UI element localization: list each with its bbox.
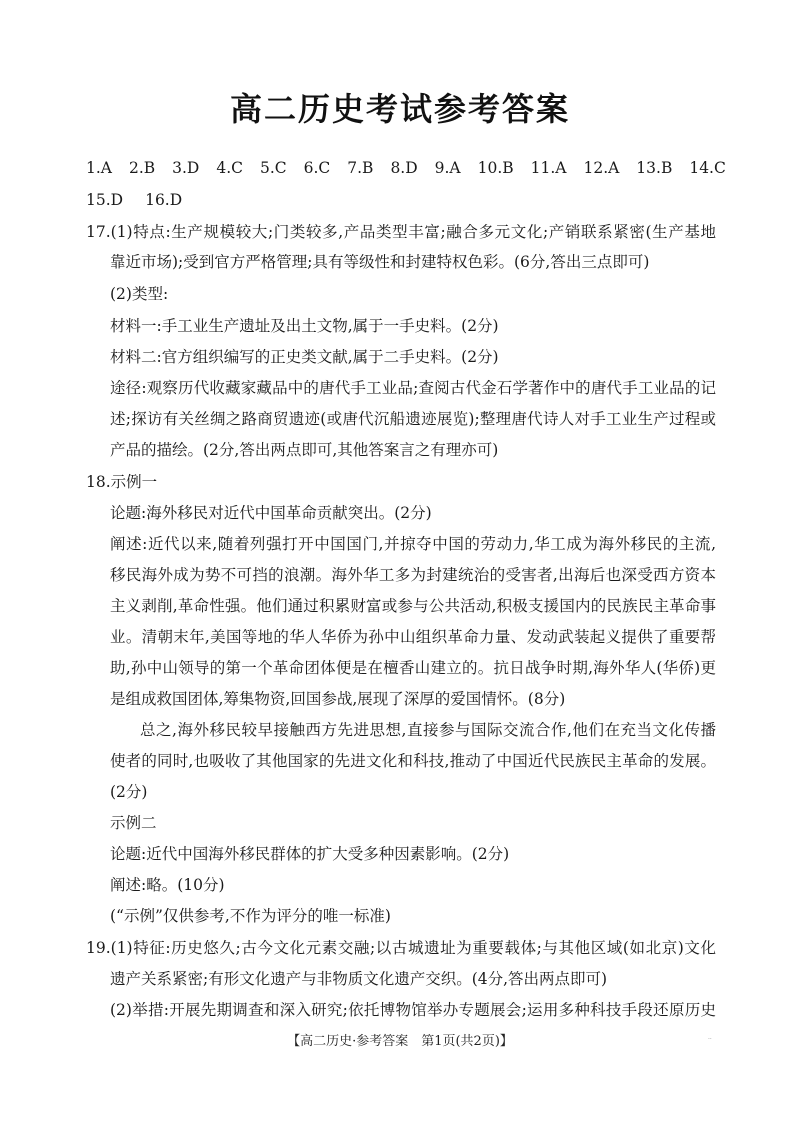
- q18-line-12: 示例二: [110, 813, 157, 833]
- answer-key-page: 高二历史考试参考答案 1.A 2.B 3.D 4.C 5.C 6.C 7.B 8…: [0, 0, 800, 1132]
- q19-line-3: (2)举措:开展先期调查和深入研究;依托博物馆举办专题展会;运用多种科技手段还原…: [110, 1000, 716, 1020]
- answer-15: 15.D: [86, 190, 123, 210]
- q17-line-5: 材料二:官方组织编写的正史类文献,属于二手史料。(2分): [110, 347, 499, 367]
- answer-8: 8.D: [390, 158, 417, 178]
- answer-14: 14.C: [689, 158, 726, 178]
- q18-line-15: (“示例”仅供参考,不作为评分的唯一标准): [110, 906, 391, 926]
- q17-line-8: 产品的描绘。(2分,答出两点即可,其他答案言之有理亦可): [110, 440, 498, 460]
- answer-5: 5.C: [260, 158, 287, 178]
- q18-line-3: 阐述:近代以来,随着列强打开中国国门,并掠夺中国的劳动力,华工成为海外移民的主流…: [110, 534, 716, 554]
- answer-16: 16.D: [145, 190, 182, 210]
- answer-10: 10.B: [478, 158, 514, 178]
- q17-line-7: 述;探访有关丝绸之路商贸遗迹(或唐代沉船遗迹展览);整理唐代诗人对手工业生产过程…: [110, 409, 716, 429]
- answer-3: 3.D: [172, 158, 199, 178]
- answer-13: 13.B: [636, 158, 672, 178]
- q17-line-2: 靠近市场);受到官方严格管理;具有等级性和封建特权色彩。(6分,答出三点即可): [110, 252, 649, 272]
- page-footer: 【高二历史·参考答案 第1页(共2页)】: [0, 1030, 800, 1049]
- choice-answers-row-2: 15.D 16.D: [86, 190, 182, 210]
- q18-line-5: 主义剥削,革命性强。他们通过积累财富或参与公共活动,积极支援国内的民族民主革命事: [110, 596, 716, 616]
- q17-line-1: 17.(1)特点:生产规模较大;门类较多,产品类型丰富;融合多元文化;产销联系紧…: [86, 222, 716, 242]
- q18-line-14: 阐述:略。(10分): [110, 875, 225, 895]
- q17-line-6: 途径:观察历代收藏家藏品中的唐代手工业品;查阅古代金石学著作中的唐代手工业品的记: [110, 378, 716, 398]
- answer-1: 1.A: [86, 158, 112, 178]
- answer-12: 12.A: [583, 158, 619, 178]
- answer-7: 7.B: [347, 158, 373, 178]
- corner-mark: ··: [708, 1036, 712, 1043]
- q18-line-8: 是组成救国团体,筹集物资,回国参战,展现了深厚的爱国情怀。(8分): [110, 689, 565, 709]
- q19-line-2: 遗产关系紧密;有形文化遗产与非物质文化遗产交织。(4分,答出两点即可): [110, 969, 607, 989]
- answer-11: 11.A: [531, 158, 567, 178]
- answer-2: 2.B: [129, 158, 155, 178]
- q17-line-4: 材料一:手工业生产遗址及出土文物,属于一手史料。(2分): [110, 316, 499, 336]
- document-title: 高二历史考试参考答案: [0, 84, 800, 130]
- q18-line-1: 18.示例一: [86, 472, 157, 492]
- answer-9: 9.A: [435, 158, 461, 178]
- q17-line-3: (2)类型:: [110, 284, 168, 304]
- answer-4: 4.C: [216, 158, 243, 178]
- q18-line-10: 使者的同时,也吸收了其他国家的先进文化和科技,推动了中国近代民族民主革命的发展。: [110, 751, 716, 771]
- q18-line-4: 移民海外成为势不可挡的浪潮。海外华工多为封建统治的受害者,出海后也深受西方资本: [110, 565, 716, 585]
- q18-line-7: 助,孙中山领导的第一个革命团体便是在檀香山建立的。抗日战争时期,海外华人(华侨)…: [110, 658, 716, 678]
- q18-line-2: 论题:海外移民对近代中国革命贡献突出。(2分): [110, 503, 432, 523]
- q18-line-13: 论题:近代中国海外移民群体的扩大受多种因素影响。(2分): [110, 844, 509, 864]
- choice-answers-row-1: 1.A 2.B 3.D 4.C 5.C 6.C 7.B 8.D 9.A 10.B…: [86, 158, 726, 178]
- answer-6: 6.C: [304, 158, 331, 178]
- q18-line-9: 总之,海外移民较早接触西方先进思想,直接参与国际交流合作,他们在充当文化传播: [140, 720, 716, 740]
- q18-line-6: 业。清朝末年,美国等地的华人华侨为孙中山组织革命力量、发动武装起义提供了重要帮: [110, 627, 716, 647]
- q19-line-1: 19.(1)特征:历史悠久;古今文化元素交融;以古城遗址为重要载体;与其他区域(…: [86, 938, 716, 958]
- q18-line-11: (2分): [110, 782, 147, 802]
